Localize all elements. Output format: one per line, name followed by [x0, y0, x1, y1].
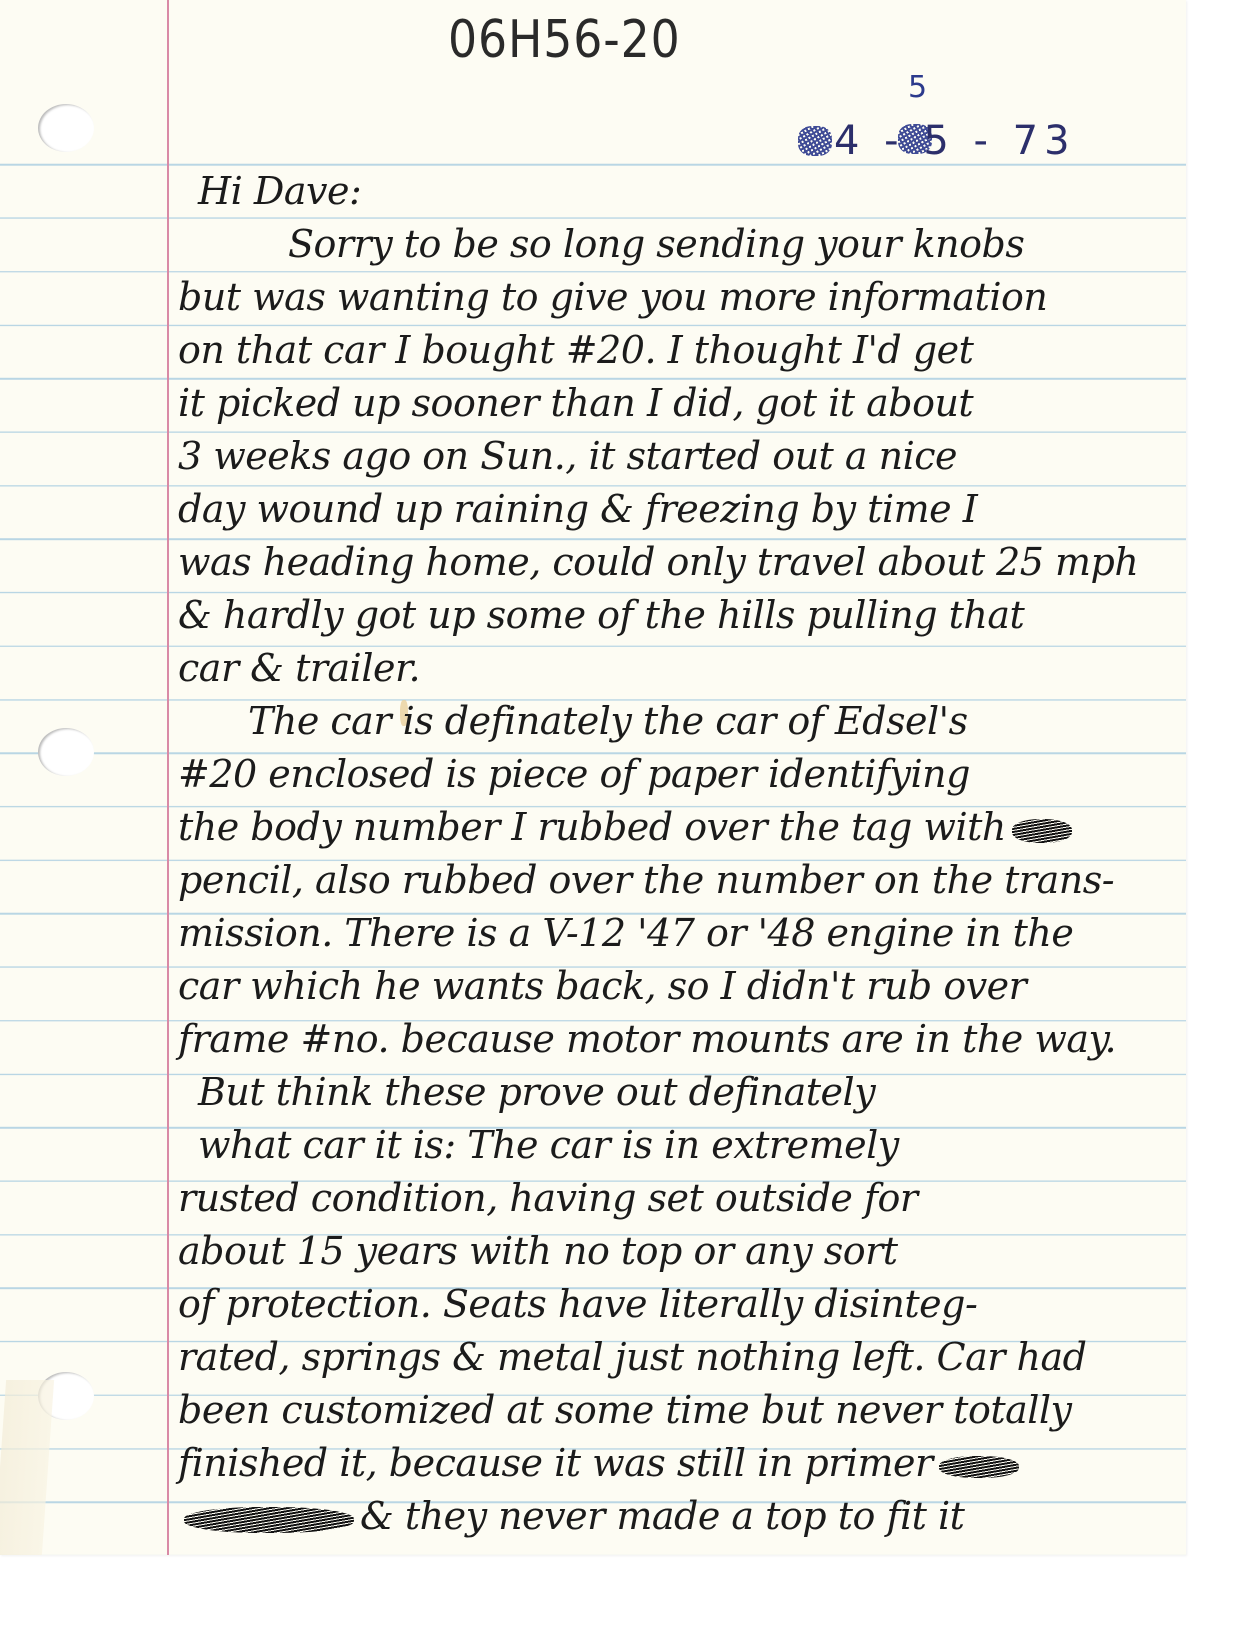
letter-line: But think these prove out definately [178, 1066, 1138, 1119]
letter-date: 5 4 - 5 - 73 [790, 70, 1090, 170]
letter-line: finished it, because it was still in pri… [178, 1437, 1138, 1490]
letter-line-text: the body number I rubbed over the tag wi… [178, 805, 1006, 849]
letter-line: 3 weeks ago on Sun., it started out a ni… [178, 430, 1138, 483]
punch-hole-icon [38, 104, 94, 152]
letter-line: it picked up sooner than I did, got it a… [178, 377, 1138, 430]
letter-line: day wound up raining & freezing by time … [178, 483, 1138, 536]
letter-line: but was wanting to give you more informa… [178, 271, 1138, 324]
letter-line: about 15 years with no top or any sort [178, 1225, 1138, 1278]
torn-edge-strip [0, 1380, 54, 1555]
letter-line-text: & they never made a top to fit it [360, 1494, 964, 1538]
punch-hole-icon [38, 728, 94, 776]
letter-line: on that car I bought #20. I thought I'd … [178, 324, 1138, 377]
letter-line: mission. There is a V-12 '47 or '48 engi… [178, 907, 1138, 960]
letter-line: pencil, also rubbed over the number on t… [178, 854, 1138, 907]
document-id-stamp: 06H56-20 [448, 10, 681, 70]
letter-line: was heading home, could only travel abou… [178, 536, 1137, 589]
salutation: Hi Dave: [178, 165, 1138, 218]
margin-line [167, 0, 169, 1555]
letter-line-text: finished it, because it was still in pri… [178, 1441, 933, 1485]
letter-line: & hardly got up some of the hills pullin… [178, 589, 1138, 642]
letter-line: & they never made a top to fit it [178, 1490, 1138, 1543]
letter-line: car & trailer. [178, 642, 1138, 695]
scribble-out-icon [798, 126, 832, 156]
scribble-out-icon [184, 1507, 354, 1533]
letter-line: been customized at some time but never t… [178, 1384, 1138, 1437]
letter-line: of protection. Seats have literally disi… [178, 1278, 1138, 1331]
scribble-out-icon [939, 1456, 1019, 1478]
date-correction: 5 [908, 70, 927, 105]
scribble-out-icon [1012, 819, 1072, 843]
letter-body: Hi Dave: Sorry to be so long sending you… [178, 165, 1138, 1543]
letter-line: rusted condition, having set outside for [178, 1172, 1138, 1225]
letter-line: The car is definately the car of Edsel's [178, 695, 1138, 748]
letter-line: what car it is: The car is in extremely [178, 1119, 1138, 1172]
letter-line: car which he wants back, so I didn't rub… [178, 960, 1138, 1013]
letter-line: rated, springs & metal just nothing left… [178, 1331, 1138, 1384]
letter-line: frame #no. because motor mounts are in t… [178, 1013, 1138, 1066]
letter-line: #20 enclosed is piece of paper identifyi… [178, 748, 1138, 801]
letter-line: the body number I rubbed over the tag wi… [178, 801, 1138, 854]
date-text: 4 - 5 - 73 [834, 118, 1076, 164]
letter-line: Sorry to be so long sending your knobs [178, 218, 1138, 271]
